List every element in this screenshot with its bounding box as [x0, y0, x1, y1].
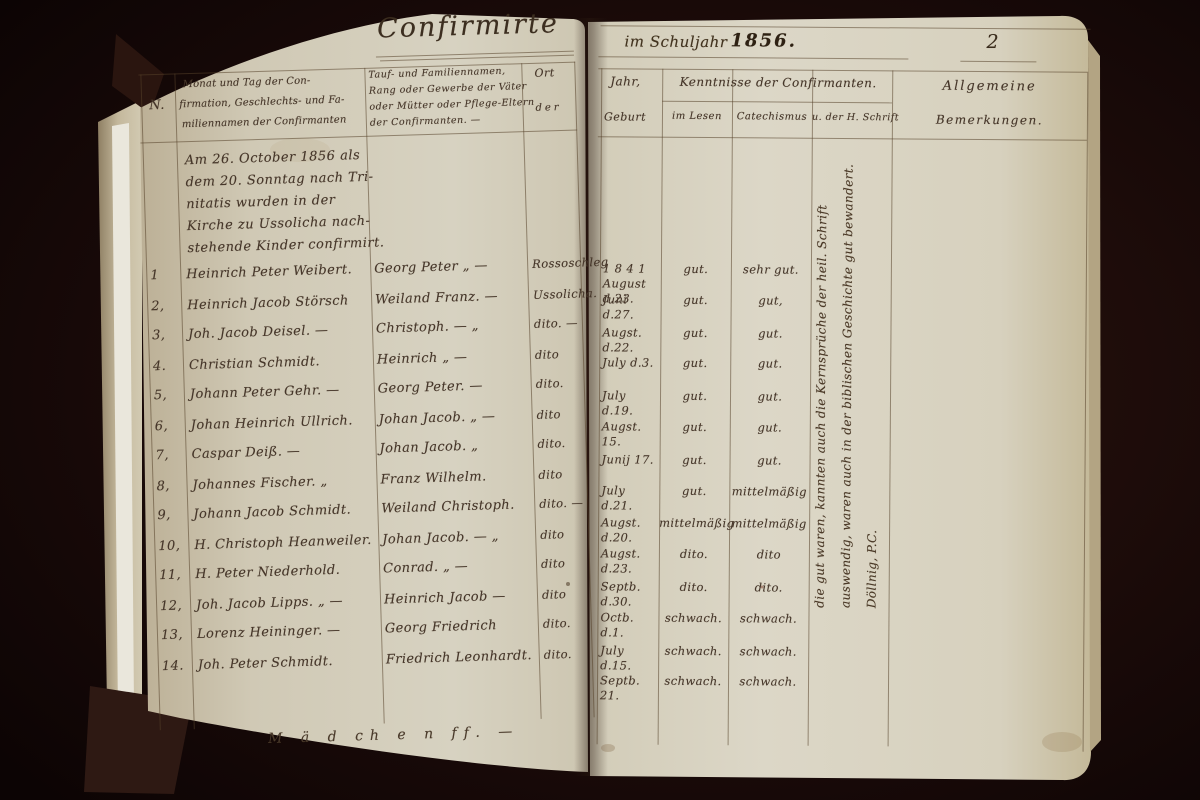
register-row: Augst. 15.gut.gut.: [596, 419, 1090, 452]
rule: [140, 130, 577, 144]
register-row: Septb. d.30.dito.dito.: [595, 579, 1089, 612]
grade-catechismus: gut.: [730, 389, 810, 404]
row-number: 7,: [155, 447, 183, 463]
register-row: Augst. d.20.mittelmäßigmittelmäßig: [595, 516, 1089, 549]
rule: [662, 101, 892, 104]
register-row: Augst. d.22.gut.gut.: [596, 325, 1090, 358]
birthplace: dito.: [537, 435, 585, 450]
register-row: 1 8 4 1 August d.23.gut.sehr gut.: [597, 261, 1091, 294]
row-number: 8,: [156, 478, 184, 494]
rule: [598, 56, 908, 59]
birthplace: dito.: [543, 615, 591, 630]
column-header-number: N.: [149, 98, 165, 113]
row-number: 12,: [160, 598, 188, 614]
birthplace: dito. —: [534, 316, 582, 331]
footer-note-maedchen: M ä d ch e n ff. —: [268, 724, 520, 747]
column-header-confirmand: miliennamen der Confirmanten: [182, 114, 347, 130]
birth-date: Junij 17.: [602, 452, 658, 467]
row-number: 11,: [159, 567, 187, 583]
grade-lesen: mittelmäßig: [659, 516, 729, 530]
grade-catechismus: sehr gut.: [731, 262, 811, 277]
father-name: Georg Peter „ —: [374, 257, 526, 277]
register-title: Confirmirte: [377, 8, 560, 44]
row-number: 4.: [153, 358, 181, 374]
grade-catechismus: mittelmäßig: [729, 517, 809, 532]
grade-lesen: gut.: [661, 293, 731, 307]
birth-date: Augst. d.20.: [601, 516, 657, 546]
rule: [960, 61, 1036, 63]
grade-lesen: schwach.: [658, 674, 728, 688]
column-header-catechismus: Catechismus: [732, 111, 812, 123]
father-name: Friedrich Leonhardt.: [386, 648, 538, 668]
register-row: July d.21.gut.mittelmäßig: [595, 483, 1089, 516]
row-number: 13,: [161, 627, 189, 643]
row-number: 10,: [158, 538, 186, 554]
grade-lesen: gut.: [659, 483, 729, 497]
column-header-ort: der: [535, 102, 561, 114]
row-number: 5,: [154, 387, 182, 403]
column-header-remarks: Allgemeine: [892, 78, 1087, 94]
father-name: Johan Jacob. „: [379, 437, 531, 457]
rule: [601, 25, 1091, 29]
father-name: Johan Jacob. — „: [382, 528, 534, 548]
column-header-jahr: Geburt: [604, 110, 646, 123]
intro-line: nitatis wurden in der: [186, 193, 336, 212]
birth-date: Septb. d.30.: [601, 579, 657, 609]
left-page-content: Confirmirte N. Monat und Tag der Con- fi…: [127, 3, 602, 788]
intro-line: stehende Kinder confirmirt.: [187, 235, 384, 256]
rule: [598, 68, 1087, 72]
birth-date: Augst. d.22.: [602, 325, 658, 355]
birthplace: dito: [542, 586, 590, 601]
register-row: July d.19.gut.gut.: [596, 388, 1090, 421]
column-header-parents: Rang oder Gewerbe der Väter: [369, 81, 527, 97]
birth-date: July d.19.: [602, 389, 658, 419]
birth-date: Augst. 15.: [602, 419, 658, 449]
row-number: 1: [150, 267, 178, 283]
birthplace: Rossoschleg: [532, 256, 580, 271]
grade-catechismus: dito.: [729, 580, 809, 595]
column-header-lesen: im Lesen: [662, 111, 732, 122]
grade-lesen: gut.: [660, 325, 730, 339]
column-header-jahr: Jahr,: [610, 74, 641, 88]
column-header-confirmand: Monat und Tag der Con-: [183, 75, 311, 90]
grade-lesen: gut.: [660, 389, 730, 403]
birth-date: July d.3.: [602, 356, 658, 371]
register-row: July d.15.schwach.schwach.: [594, 643, 1088, 676]
birthplace: dito.: [536, 375, 584, 390]
intro-line: dem 20. Sonntag nach Tri-: [185, 170, 373, 191]
birthplace: dito: [536, 406, 584, 421]
row-number: 6,: [155, 418, 183, 434]
birthplace: dito: [541, 555, 589, 570]
grade-catechismus: gut.: [730, 453, 810, 468]
grade-catechismus: gut.: [730, 420, 810, 435]
column-group-kenntnisse: Kenntnisse der Confirmanten.: [668, 75, 888, 91]
grade-catechismus: gut.: [730, 357, 810, 372]
grade-catechismus: schwach.: [728, 611, 808, 626]
father-name: Weiland Franz. —: [375, 288, 527, 308]
confirmand-name: Heinrich Peter Weibert.: [186, 262, 369, 282]
grade-catechismus: dito: [729, 547, 809, 562]
father-name: Georg Peter. —: [378, 377, 530, 397]
photo-of-church-register: Confirmirte N. Monat und Tag der Con- fi…: [0, 0, 1200, 800]
grade-catechismus: mittelmäßig: [729, 484, 809, 499]
register-row: Septb. 21.schwach.schwach.: [594, 674, 1088, 707]
register-row: Augst. d.23.dito.dito: [595, 546, 1089, 579]
birth-date: Septb. 21.: [600, 674, 656, 704]
grade-lesen: dito.: [659, 547, 729, 561]
grade-lesen: dito.: [659, 580, 729, 594]
register-row: Juni d.27.gut.gut,: [597, 292, 1091, 325]
grade-lesen: schwach.: [658, 611, 728, 625]
right-page-content: im Schuljahr 1856. 2 Jahr, Geburt Kenntn…: [593, 12, 1092, 787]
column-header-confirmand: firmation, Geschlechts- und Fa-: [179, 94, 345, 110]
year-title-prefix: im Schuljahr: [624, 32, 727, 51]
row-number: 2,: [151, 298, 179, 314]
birthplace: dito: [538, 466, 586, 481]
birth-date: Octb. d.1.: [600, 610, 656, 640]
intro-line: Kirche zu Ussolicha nach-: [187, 214, 371, 234]
father-name: Georg Friedrich: [385, 617, 537, 637]
rule: [598, 136, 1087, 140]
birthplace: dito.: [544, 646, 592, 661]
column-header-remarks: Bemerkungen.: [892, 112, 1087, 127]
birth-date: Augst. d.23.: [601, 547, 657, 577]
father-name: Christoph. — „: [376, 317, 528, 337]
row-number: 14.: [162, 658, 190, 674]
birthplace: dito: [540, 526, 588, 541]
register-row: Octb. d.1.schwach.schwach.: [594, 610, 1088, 643]
year-title-year: 1856.: [730, 30, 797, 51]
grade-lesen: gut.: [660, 420, 730, 434]
register-row: July d.3.gut.gut.: [596, 356, 1090, 389]
father-name: Heinrich „ —: [377, 348, 529, 368]
row-number: 3,: [152, 327, 180, 343]
grade-lesen: gut.: [661, 262, 731, 276]
intro-line: Am 26. October 1856 als: [185, 148, 361, 168]
birthplace: dito. —: [539, 495, 587, 510]
grade-catechismus: schwach.: [728, 644, 808, 659]
birth-date: Juni d.27.: [603, 292, 659, 322]
birthplace: dito: [535, 346, 583, 361]
grade-catechismus: schwach.: [728, 675, 808, 690]
grade-catechismus: gut,: [731, 293, 811, 308]
row-number: 9,: [157, 507, 185, 523]
column-header-ort: Ort: [534, 66, 555, 80]
grade-lesen: gut.: [660, 356, 730, 370]
birth-date: July d.21.: [601, 483, 657, 513]
register-row: Junij 17.gut.gut.: [595, 452, 1089, 485]
father-name: Heinrich Jacob —: [384, 588, 536, 608]
grade-lesen: schwach.: [658, 643, 728, 657]
page-number: 2: [986, 31, 999, 53]
grade-catechismus: gut.: [730, 326, 810, 341]
column-header-parents: oder Mütter oder Pflege-Eltern: [369, 97, 534, 113]
grade-lesen: gut.: [660, 453, 730, 467]
father-name: Weiland Christoph.: [381, 497, 533, 517]
column-header-parents: der Confirmanten. —: [370, 114, 481, 128]
birth-date: July d.15.: [600, 643, 656, 673]
father-name: Johan Jacob. „ —: [378, 408, 530, 428]
rule: [138, 62, 575, 76]
father-name: Conrad. „ —: [383, 557, 535, 577]
father-name: Franz Wilhelm.: [380, 468, 532, 488]
birthplace: Ussolicha.: [533, 287, 581, 302]
column-header-schrift: u. der H. Schrift: [812, 112, 892, 124]
